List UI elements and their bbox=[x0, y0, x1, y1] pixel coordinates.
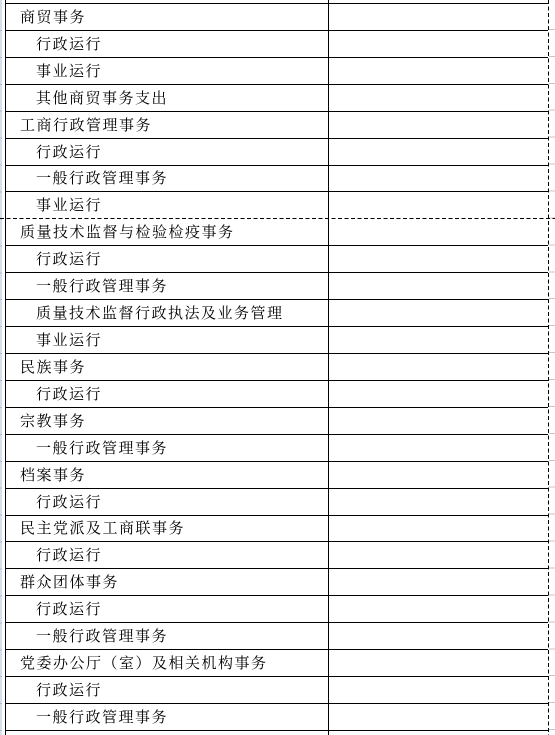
value-cell[interactable] bbox=[328, 300, 548, 326]
category-label: 宗教事务 bbox=[20, 413, 86, 429]
category-label: 事业运行 bbox=[36, 197, 102, 213]
category-label: 事业运行 bbox=[36, 63, 102, 79]
category-cell[interactable]: 民主党派及工商联事务 bbox=[5, 516, 328, 542]
category-label: 群众团体事务 bbox=[20, 574, 119, 590]
table-row: 事业运行 bbox=[5, 327, 548, 354]
category-cell[interactable]: 质量技术监督行政执法及业务管理 bbox=[5, 300, 328, 326]
category-label: 工商行政管理事务 bbox=[20, 117, 152, 133]
category-label: 行政运行 bbox=[36, 251, 102, 267]
value-cell[interactable] bbox=[328, 408, 548, 434]
value-cell[interactable] bbox=[328, 650, 548, 676]
category-cell[interactable]: 行政运行 bbox=[5, 489, 328, 515]
category-label: 其他商贸事务支出 bbox=[36, 90, 168, 106]
category-cell[interactable]: 行政运行 bbox=[5, 246, 328, 272]
value-cell[interactable] bbox=[328, 85, 548, 111]
table-row: 工商行政管理事务 bbox=[5, 112, 548, 139]
category-label: 民主党派及工商联事务 bbox=[20, 520, 185, 536]
category-cell[interactable]: 行政运行 bbox=[5, 677, 328, 703]
category-cell[interactable]: 行政运行 bbox=[5, 381, 328, 407]
column-divider-line bbox=[328, 0, 329, 735]
table-row: 行政运行 bbox=[5, 381, 548, 408]
category-label: 一般行政管理事务 bbox=[36, 628, 168, 644]
page-break-horizontal-line bbox=[0, 218, 555, 219]
value-cell[interactable] bbox=[328, 192, 548, 218]
table-row: 群众团体事务 bbox=[5, 569, 548, 596]
table-row: 行政运行 bbox=[5, 246, 548, 273]
value-cell[interactable] bbox=[328, 677, 548, 703]
category-cell[interactable]: 行政运行 bbox=[5, 596, 328, 622]
faint-gridline-stubs bbox=[549, 3, 555, 730]
category-cell[interactable]: 工商行政管理事务 bbox=[5, 112, 328, 138]
table-row: 一般行政管理事务 bbox=[5, 273, 548, 300]
category-label: 档案事务 bbox=[20, 467, 86, 483]
category-cell[interactable]: 群众团体事务 bbox=[5, 569, 328, 595]
table-row: 行政运行 bbox=[5, 139, 548, 166]
category-cell[interactable]: 其他商贸事务支出 bbox=[5, 85, 328, 111]
value-cell[interactable] bbox=[328, 596, 548, 622]
category-cell[interactable]: 一般行政管理事务 bbox=[5, 166, 328, 192]
sheet-margin-strip bbox=[0, 0, 2, 735]
category-label: 行政运行 bbox=[36, 494, 102, 510]
value-cell[interactable] bbox=[328, 516, 548, 542]
category-label: 一般行政管理事务 bbox=[36, 709, 168, 725]
category-label: 一般行政管理事务 bbox=[36, 170, 168, 186]
table-row: 行政运行 bbox=[5, 31, 548, 58]
table-row: 商贸事务 bbox=[5, 4, 548, 31]
table-row: 其他商贸事务支出 bbox=[5, 85, 548, 112]
category-cell[interactable]: 事业运行 bbox=[5, 327, 328, 353]
value-cell[interactable] bbox=[328, 623, 548, 649]
value-cell[interactable] bbox=[328, 246, 548, 272]
category-label: 行政运行 bbox=[36, 144, 102, 160]
value-cell[interactable] bbox=[328, 354, 548, 380]
category-label: 行政运行 bbox=[36, 386, 102, 402]
value-cell[interactable] bbox=[328, 166, 548, 192]
value-cell[interactable] bbox=[328, 139, 548, 165]
table-left-border-line bbox=[5, 0, 6, 735]
category-cell[interactable]: 商贸事务 bbox=[5, 4, 328, 30]
category-label: 事业运行 bbox=[36, 332, 102, 348]
category-cell[interactable]: 一般行政管理事务 bbox=[5, 623, 328, 649]
category-cell[interactable]: 党委办公厅（室）及相关机构事务 bbox=[5, 650, 328, 676]
category-cell[interactable]: 宗教事务 bbox=[5, 408, 328, 434]
table-row: 质量技术监督行政执法及业务管理 bbox=[5, 300, 548, 327]
category-cell[interactable]: 民族事务 bbox=[5, 354, 328, 380]
category-cell[interactable]: 质量技术监督与检验检疫事务 bbox=[5, 219, 328, 245]
table-row: 民族事务 bbox=[5, 354, 548, 381]
category-cell[interactable]: 一般行政管理事务 bbox=[5, 704, 328, 730]
category-label: 行政运行 bbox=[36, 601, 102, 617]
value-cell[interactable] bbox=[328, 4, 548, 30]
category-label: 党委办公厅（室）及相关机构事务 bbox=[20, 655, 268, 671]
budget-table-body: 商贸事务 行政运行 事业运行 其他商贸事务支出 工商行政管理事务 行政运行 一般… bbox=[5, 3, 548, 731]
value-cell[interactable] bbox=[328, 569, 548, 595]
table-row: 一般行政管理事务 bbox=[5, 623, 548, 650]
table-row: 行政运行 bbox=[5, 489, 548, 516]
category-label: 一般行政管理事务 bbox=[36, 440, 168, 456]
table-row: 一般行政管理事务 bbox=[5, 435, 548, 462]
table-row: 党委办公厅（室）及相关机构事务 bbox=[5, 650, 548, 677]
category-label: 一般行政管理事务 bbox=[36, 278, 168, 294]
table-row: 事业运行 bbox=[5, 192, 548, 219]
value-cell[interactable] bbox=[328, 112, 548, 138]
table-row: 行政运行 bbox=[5, 677, 548, 704]
value-cell[interactable] bbox=[328, 273, 548, 299]
category-cell[interactable]: 一般行政管理事务 bbox=[5, 273, 328, 299]
value-cell[interactable] bbox=[328, 435, 548, 461]
category-label: 民族事务 bbox=[20, 359, 86, 375]
table-row: 一般行政管理事务 bbox=[5, 704, 548, 731]
table-row: 一般行政管理事务 bbox=[5, 166, 548, 193]
category-label: 商贸事务 bbox=[20, 9, 86, 25]
table-row: 质量技术监督与检验检疫事务 bbox=[5, 219, 548, 246]
category-cell[interactable]: 行政运行 bbox=[5, 542, 328, 568]
value-cell[interactable] bbox=[328, 462, 548, 488]
category-label: 行政运行 bbox=[36, 682, 102, 698]
page-break-vertical-line bbox=[548, 0, 549, 735]
value-cell[interactable] bbox=[328, 542, 548, 568]
value-cell[interactable] bbox=[328, 58, 548, 84]
table-row: 宗教事务 bbox=[5, 408, 548, 435]
value-cell[interactable] bbox=[328, 31, 548, 57]
category-cell[interactable]: 行政运行 bbox=[5, 31, 328, 57]
category-cell[interactable]: 一般行政管理事务 bbox=[5, 435, 328, 461]
table-row: 行政运行 bbox=[5, 596, 548, 623]
category-cell[interactable]: 事业运行 bbox=[5, 58, 328, 84]
category-label: 行政运行 bbox=[36, 36, 102, 52]
table-row: 事业运行 bbox=[5, 58, 548, 85]
category-cell[interactable]: 事业运行 bbox=[5, 192, 328, 218]
table-row: 档案事务 bbox=[5, 462, 548, 489]
category-cell[interactable]: 档案事务 bbox=[5, 462, 328, 488]
value-cell[interactable] bbox=[328, 381, 548, 407]
table-row: 民主党派及工商联事务 bbox=[5, 516, 548, 543]
value-cell[interactable] bbox=[328, 327, 548, 353]
value-cell[interactable] bbox=[328, 489, 548, 515]
value-cell[interactable] bbox=[328, 704, 548, 730]
category-cell[interactable]: 行政运行 bbox=[5, 139, 328, 165]
category-label: 质量技术监督行政执法及业务管理 bbox=[36, 305, 284, 321]
category-label: 质量技术监督与检验检疫事务 bbox=[20, 224, 235, 240]
category-label: 行政运行 bbox=[36, 547, 102, 563]
table-row: 行政运行 bbox=[5, 542, 548, 569]
value-cell[interactable] bbox=[328, 219, 548, 245]
